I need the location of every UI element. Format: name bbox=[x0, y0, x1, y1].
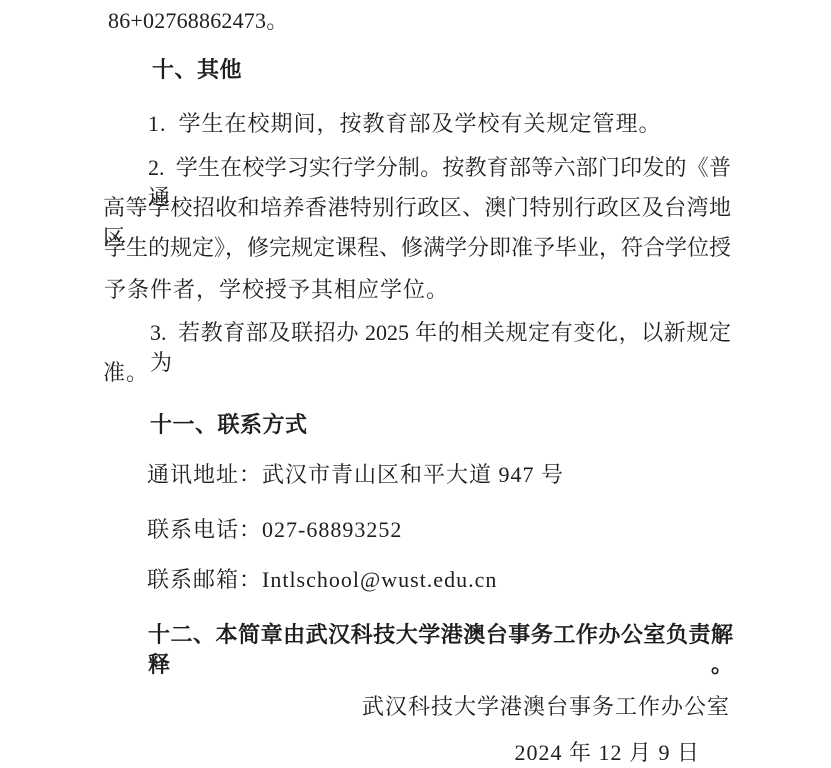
contact-email-line: 联系邮箱：Intlschool@wust.edu.cn bbox=[147, 565, 497, 595]
contact-phone-line: 联系电话：027-68893252 bbox=[147, 515, 402, 545]
section-twelve-heading: 十二、本简章由武汉科技大学港澳台事务工作办公室负责解释。 bbox=[148, 620, 733, 680]
signature-office-line: 武汉科技大学港澳台事务工作办公室 bbox=[362, 692, 730, 722]
signature-date-line: 2024 年 12 月 9 日 bbox=[514, 738, 700, 768]
section-ten-item-1: 1. 学生在校期间，按教育部及学校有关规定管理。 bbox=[148, 109, 662, 139]
section-ten-heading: 十、其他 bbox=[152, 55, 242, 85]
section-ten-item-3-line-1: 3. 若教育部及联招办 2025 年的相关规定有变化，以新规定为 bbox=[150, 318, 731, 378]
contact-address-line: 通讯地址：武汉市青山区和平大道 947 号 bbox=[147, 460, 564, 490]
phone-fragment-line: 86+02768862473。 bbox=[108, 6, 288, 36]
section-ten-item-2-line-4: 予条件者，学校授予其相应学位。 bbox=[104, 275, 449, 305]
section-ten-item-2-line-3: 学生的规定》，修完规定课程、修满学分即准予毕业，符合学位授 bbox=[104, 233, 731, 263]
section-ten-item-3-line-2: 准。 bbox=[103, 358, 149, 388]
section-eleven-heading: 十一、联系方式 bbox=[150, 410, 308, 440]
document-page: 86+02768862473。 十、其他 1. 学生在校期间，按教育部及学校有关… bbox=[0, 0, 831, 768]
